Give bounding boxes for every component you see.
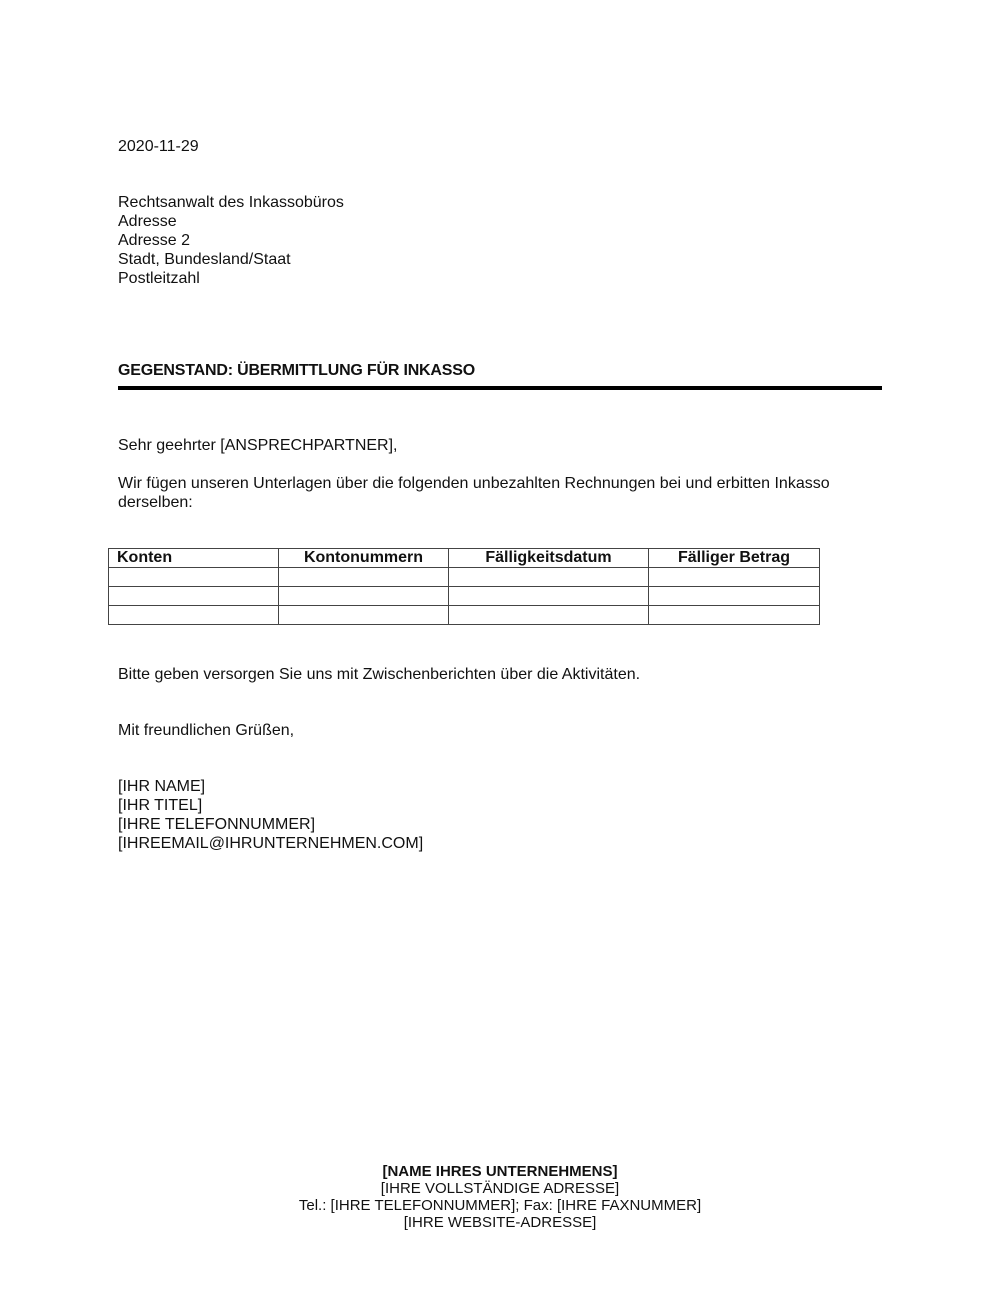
header-kontonummern: Kontonummern bbox=[279, 549, 449, 568]
table-cell bbox=[649, 587, 820, 606]
table-cell bbox=[279, 606, 449, 625]
invoice-table: Konten Kontonummern Fälligkeitsdatum Fäl… bbox=[108, 548, 820, 625]
footer-contact: Tel.: [IHRE TELEFONNUMMER]; Fax: [IHRE F… bbox=[0, 1197, 1000, 1214]
signature-block: [IHR NAME] [IHR TITEL] [IHRE TELEFONNUMM… bbox=[118, 777, 423, 853]
recipient-name: Rechtsanwalt des Inkassobüros bbox=[118, 193, 344, 212]
recipient-address-line2: Adresse 2 bbox=[118, 231, 344, 250]
signature-title: [IHR TITEL] bbox=[118, 796, 423, 815]
footer-website: [IHRE WEBSITE-ADRESSE] bbox=[0, 1214, 1000, 1231]
letterhead-footer: [NAME IHRES UNTERNEHMENS] [IHRE VOLLSTÄN… bbox=[0, 1163, 1000, 1231]
table-cell bbox=[449, 568, 649, 587]
recipient-postal-code: Postleitzahl bbox=[118, 269, 344, 288]
table-cell bbox=[109, 587, 279, 606]
footer-address: [IHRE VOLLSTÄNDIGE ADRESSE] bbox=[0, 1180, 1000, 1197]
recipient-city-state: Stadt, Bundesland/Staat bbox=[118, 250, 344, 269]
salutation: Sehr geehrter [ANSPRECHPARTNER], bbox=[118, 436, 398, 455]
recipient-address-line1: Adresse bbox=[118, 212, 344, 231]
signature-email: [IHREEMAIL@IHRUNTERNEHMEN.COM] bbox=[118, 834, 423, 853]
request-paragraph: Bitte geben versorgen Sie uns mit Zwisch… bbox=[118, 665, 640, 684]
table-cell bbox=[449, 606, 649, 625]
recipient-address: Rechtsanwalt des Inkassobüros Adresse Ad… bbox=[118, 193, 344, 288]
subject-divider bbox=[118, 386, 882, 390]
header-konten: Konten bbox=[109, 549, 279, 568]
signature-name: [IHR NAME] bbox=[118, 777, 423, 796]
signature-phone: [IHRE TELEFONNUMMER] bbox=[118, 815, 423, 834]
table-cell bbox=[279, 587, 449, 606]
header-faelligkeitsdatum: Fälligkeitsdatum bbox=[449, 549, 649, 568]
table-cell bbox=[279, 568, 449, 587]
letter-date: 2020-11-29 bbox=[118, 137, 199, 156]
table-cell bbox=[109, 606, 279, 625]
table-cell bbox=[649, 606, 820, 625]
footer-company-name: [NAME IHRES UNTERNEHMENS] bbox=[0, 1163, 1000, 1180]
header-faelliger-betrag: Fälliger Betrag bbox=[649, 549, 820, 568]
subject-line: GEGENSTAND: ÜBERMITTLUNG FÜR INKASSO bbox=[118, 361, 475, 380]
table-row bbox=[109, 587, 820, 606]
table-cell bbox=[649, 568, 820, 587]
closing-phrase: Mit freundlichen Grüßen, bbox=[118, 721, 294, 740]
table-row bbox=[109, 568, 820, 587]
intro-paragraph: Wir fügen unseren Unterlagen über die fo… bbox=[118, 474, 878, 512]
table-cell bbox=[449, 587, 649, 606]
table-header-row: Konten Kontonummern Fälligkeitsdatum Fäl… bbox=[109, 549, 820, 568]
table-row bbox=[109, 606, 820, 625]
table-cell bbox=[109, 568, 279, 587]
